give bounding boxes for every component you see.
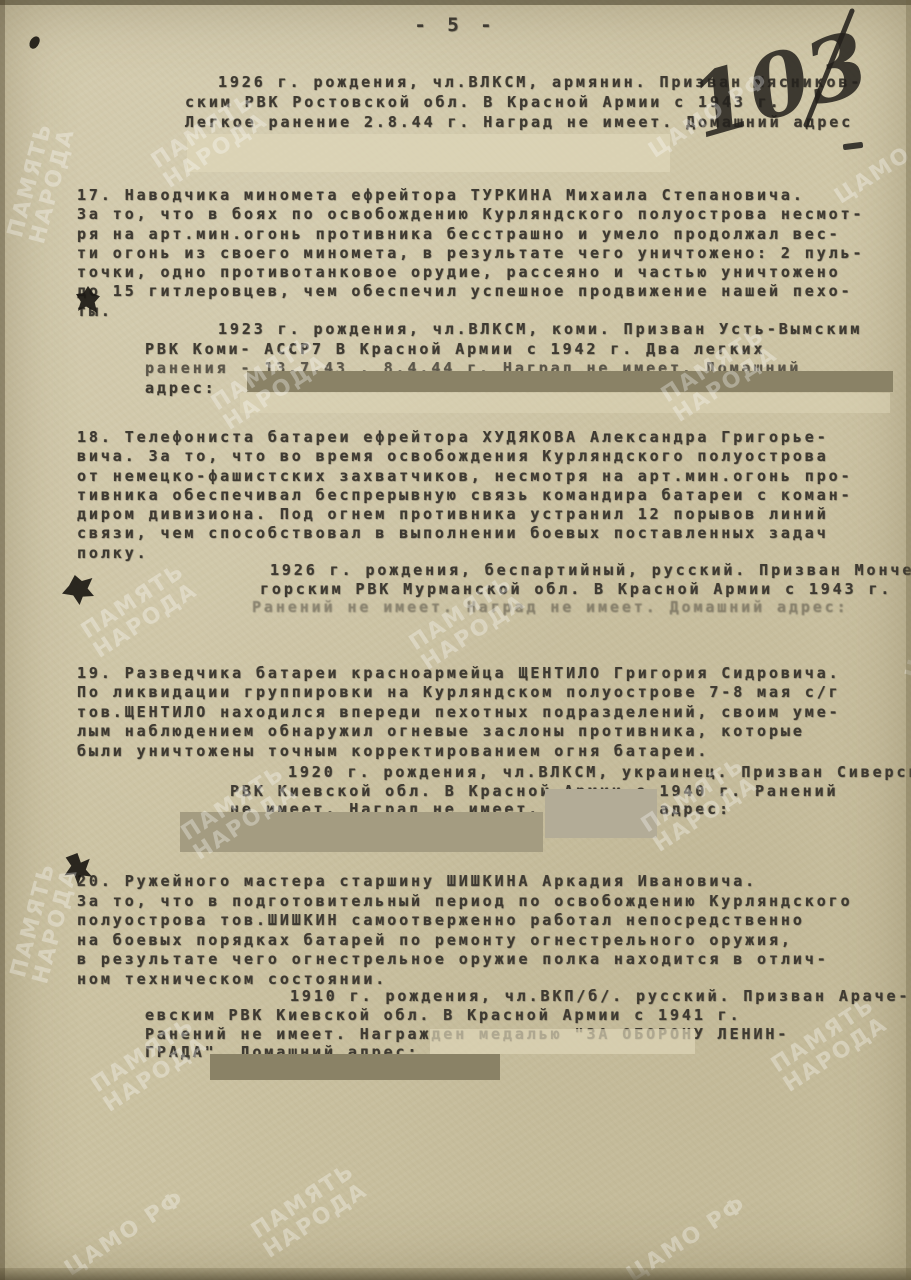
redaction-box-address <box>545 789 657 838</box>
typed-line: тивника обеспечивал беспрерывную связь к… <box>77 486 853 505</box>
typed-line: на боевых порядках батарей по ремонту ог… <box>77 931 853 951</box>
redaction-bar-address <box>247 371 893 392</box>
typed-line: ты. <box>77 302 864 321</box>
entry-18-bio-paragraph: 1926 г. рождения, беспартийный, русский.… <box>252 561 911 617</box>
typed-line: от немецко-фашистских захватчиков, несмо… <box>77 467 853 486</box>
typed-line: За то, что в подготовительный период по … <box>77 892 853 912</box>
typed-line: 17. Наводчика миномета ефрейтора ТУРКИНА… <box>77 186 864 205</box>
redaction-bar-address <box>180 812 543 852</box>
typed-line: 1920 г. рождения, чл.ВЛКСМ, украинец. Пр… <box>288 763 911 782</box>
typed-line: Ранений не имеет. Наград не имеет. Домаш… <box>252 598 911 617</box>
entry-18-paragraph: 18. Телефониста батареи ефрейтора ХУДЯКО… <box>77 428 853 563</box>
entry-17-paragraph: 17. Наводчика миномета ефрейтора ТУРКИНА… <box>77 186 864 321</box>
typed-line: За то, что в боях по освобождению Курлян… <box>77 205 864 224</box>
page-number: - 5 - <box>0 14 911 36</box>
entry-16-bio-paragraph: 1926 г. рождения, чл.ВЛКСМ, армянин. При… <box>185 72 862 132</box>
typed-line: вича. За то, что во время освобождения К… <box>77 447 853 466</box>
typed-line: 1926 г. рождения, беспартийный, русский.… <box>270 561 911 580</box>
erased-address-patch <box>430 1029 695 1054</box>
typed-line: По ликвидации группировки на Курляндском… <box>77 683 841 702</box>
typed-line: до 15 гитлеровцев, чем обеспечил успешно… <box>77 282 864 301</box>
typed-line: 1910 г. рождения, чл.ВКП/б/. русский. Пр… <box>290 987 910 1006</box>
typed-line: 20. Ружейного мастера старшину ШИШКИНА А… <box>77 872 853 892</box>
typed-line: горским РВК Мурманской обл. В Красной Ар… <box>260 580 911 599</box>
typed-line: 18. Телефониста батареи ефрейтора ХУДЯКО… <box>77 428 853 447</box>
typed-line: евским РВК Киевской обл. В Красной Армии… <box>145 1006 910 1025</box>
typed-line: тов.ЩЕНТИЛО находился впереди пехотных п… <box>77 703 841 722</box>
erased-address-patch <box>187 134 670 172</box>
typed-line: Легкое ранение 2.8.44 г. Наград не имеет… <box>185 112 862 132</box>
typed-line: в результате чего огнестрельное оружие п… <box>77 950 853 970</box>
typed-line: ти огонь из своего миномета, в результат… <box>77 244 864 263</box>
entry-20-paragraph: 20. Ружейного мастера старшину ШИШКИНА А… <box>77 872 853 990</box>
typed-line: ря на арт.мин.огонь противника бесстрашн… <box>77 225 864 244</box>
typed-line: полуострова тов.ШИШКИН самоотверженно ра… <box>77 911 853 931</box>
typed-line: ским РВК Ростовской обл. В Красной Армии… <box>185 92 862 112</box>
typed-line: лым наблюдением обнаружил огневые заслон… <box>77 722 841 741</box>
typed-line: точки, одно противотанковое орудие, расс… <box>77 263 864 282</box>
typed-line: были уничтожены точным корректированием … <box>77 742 841 761</box>
typed-line: РВК Коми- АССР7 В Красной Армии с 1942 г… <box>145 340 862 360</box>
typed-line: 1923 г. рождения, чл.ВЛКСМ, коми. Призва… <box>218 320 862 340</box>
typed-line: связи, чем способствовал в выполнении бо… <box>77 524 853 543</box>
entry-19-paragraph: 19. Разведчика батареи красноармейца ЩЕН… <box>77 664 841 761</box>
typed-line: 19. Разведчика батареи красноармейца ЩЕН… <box>77 664 841 683</box>
typed-line: 1926 г. рождения, чл.ВЛКСМ, армянин. При… <box>218 72 862 92</box>
typed-line: диром дивизиона. Под огнем противника ус… <box>77 505 853 524</box>
redaction-bar-address <box>210 1054 500 1080</box>
